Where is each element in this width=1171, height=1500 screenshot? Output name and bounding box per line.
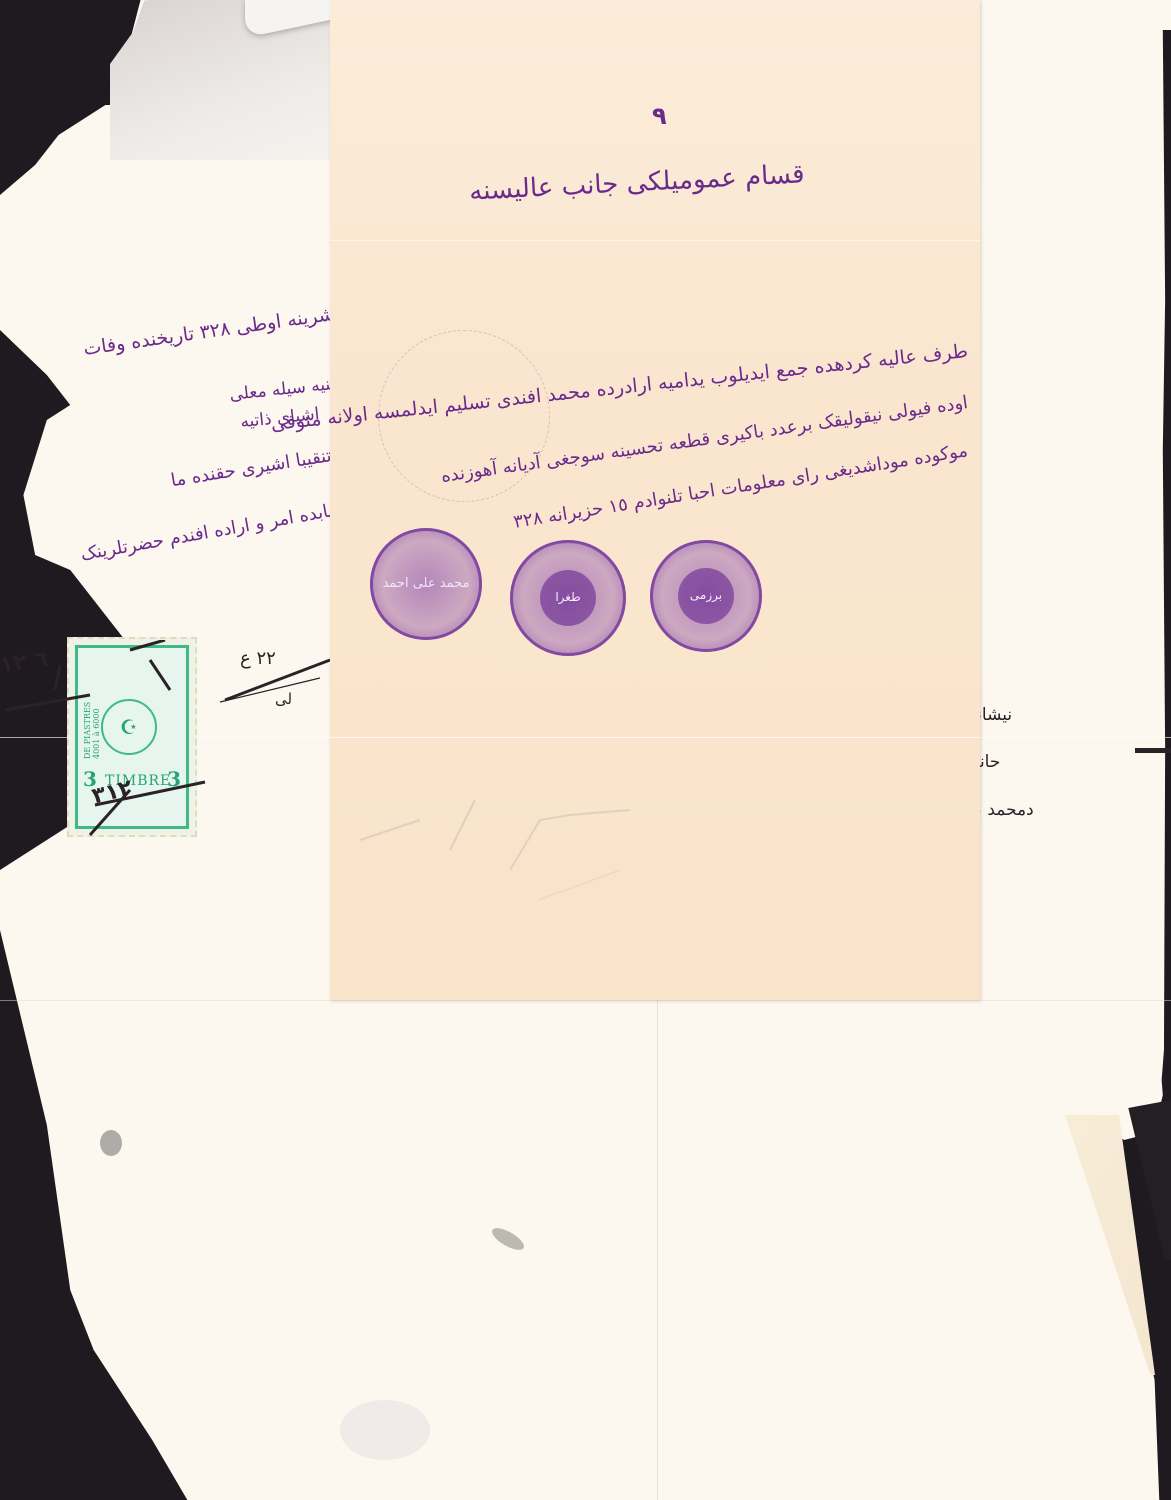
- seal-center-text: طغرا: [555, 591, 580, 605]
- seal-text: محمد علی احمد: [383, 577, 470, 592]
- crease-line: [0, 1000, 1171, 1001]
- signature-mark: ٢٢ ع: [240, 648, 276, 669]
- tughra-icon: طغرا: [540, 570, 596, 626]
- signature-strokes: [0, 640, 340, 840]
- seal-center: طغرا: [510, 540, 626, 656]
- seal-right: برزمی: [650, 540, 762, 652]
- show-through-marks: [330, 700, 980, 900]
- crease-line: [330, 240, 980, 241]
- seal-left: محمد علی احمد: [370, 528, 482, 640]
- ink-smudge: [100, 1130, 122, 1156]
- purple-stain: [340, 1400, 430, 1460]
- ink-mark: [1135, 748, 1171, 753]
- signature-mark: لی: [275, 690, 292, 708]
- seal-inner: برزمی: [678, 568, 734, 624]
- document-heading: قسام عمومیلکی جانب عالیسنه: [469, 159, 806, 207]
- crease-line: [657, 1000, 658, 1500]
- overlay-document-sheet: ٩ قسام عمومیلکی جانب عالیسنه طرف عالیه ک…: [330, 0, 980, 1000]
- seal-center-text: برزمی: [690, 589, 722, 603]
- page-number: ٩: [652, 102, 667, 130]
